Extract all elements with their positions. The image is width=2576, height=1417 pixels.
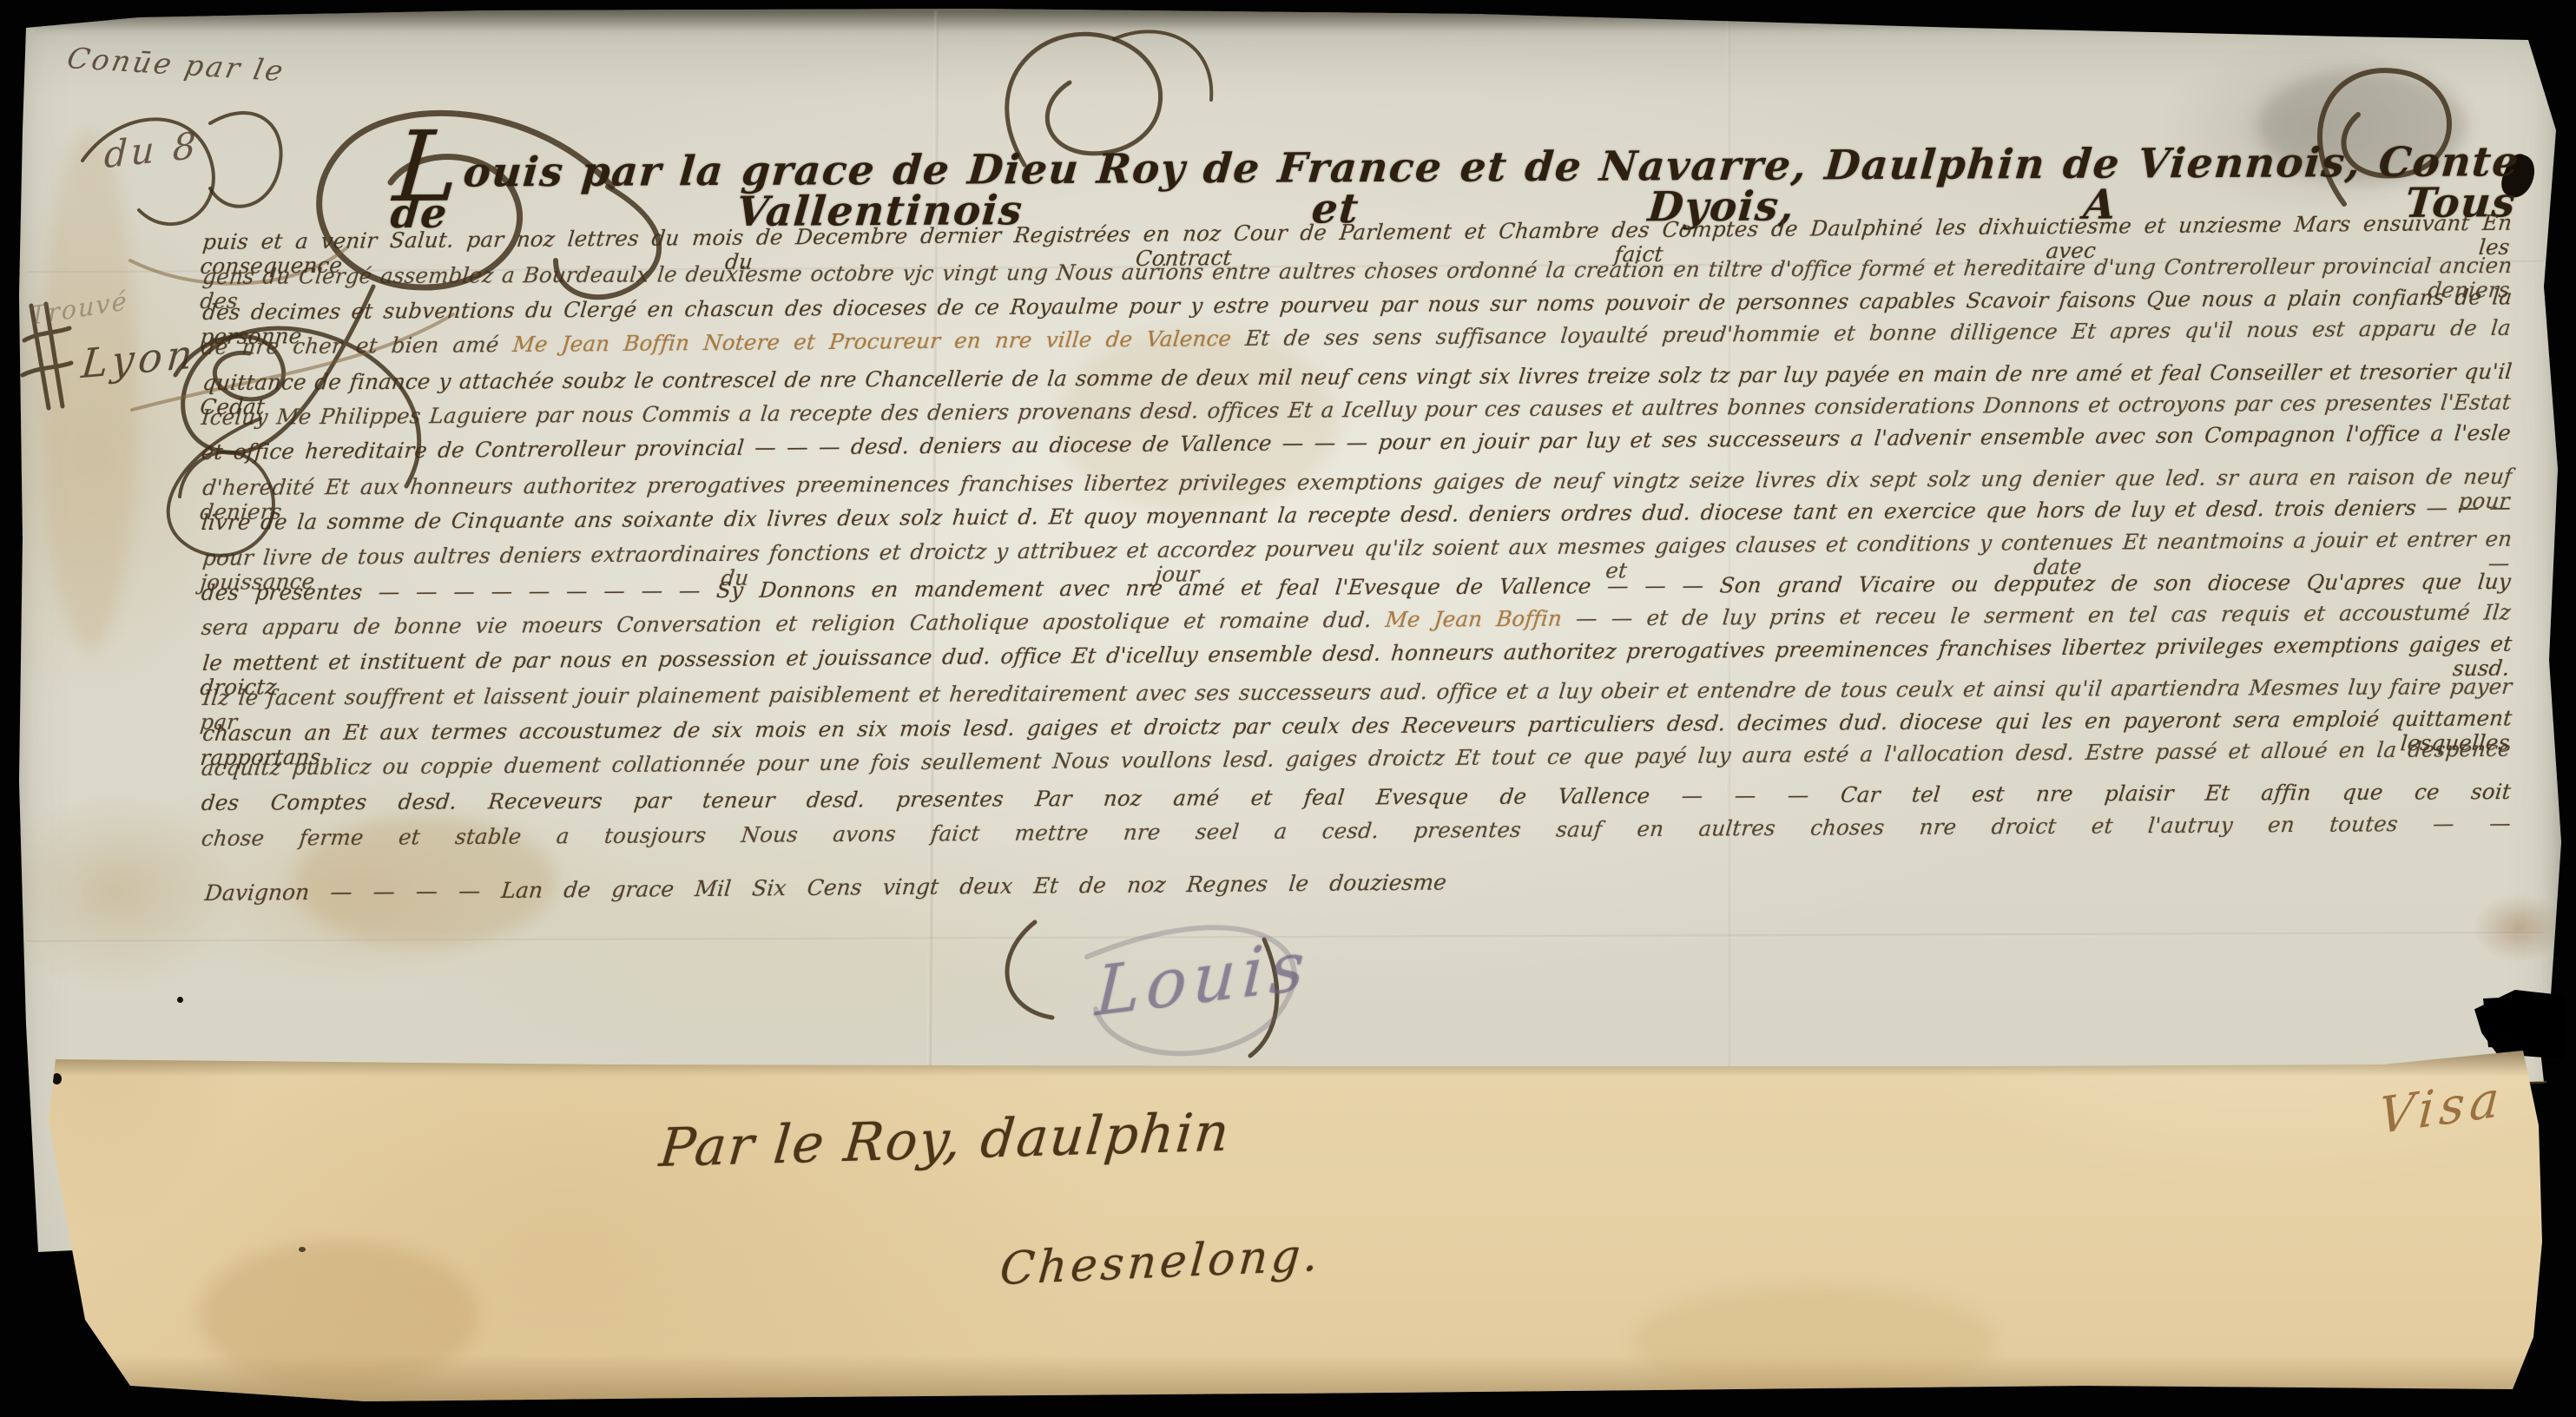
margin-note-du8: du 8 <box>103 127 200 174</box>
highlighted-name-segment: Me Jean Boffin <box>1384 606 1563 632</box>
margin-note-lyon: Lyon <box>80 333 199 384</box>
strip-stain <box>200 1242 478 1389</box>
by-the-king-line: Par le Roy, daulphin <box>657 1106 1233 1176</box>
parchment-top-grime <box>35 7 2535 33</box>
edge-stain <box>42 130 137 651</box>
line-segment: de nre cher et bien amé <box>201 332 514 359</box>
strip-stain <box>1632 1285 1997 1398</box>
secretary-signature: Chesnelong. <box>998 1233 1323 1292</box>
ink-speck <box>177 997 183 1003</box>
manuscript-scan: Conūe par le du 8 Trouvé Lyon Louis par … <box>0 0 2576 1417</box>
strip-speck <box>299 1247 306 1252</box>
